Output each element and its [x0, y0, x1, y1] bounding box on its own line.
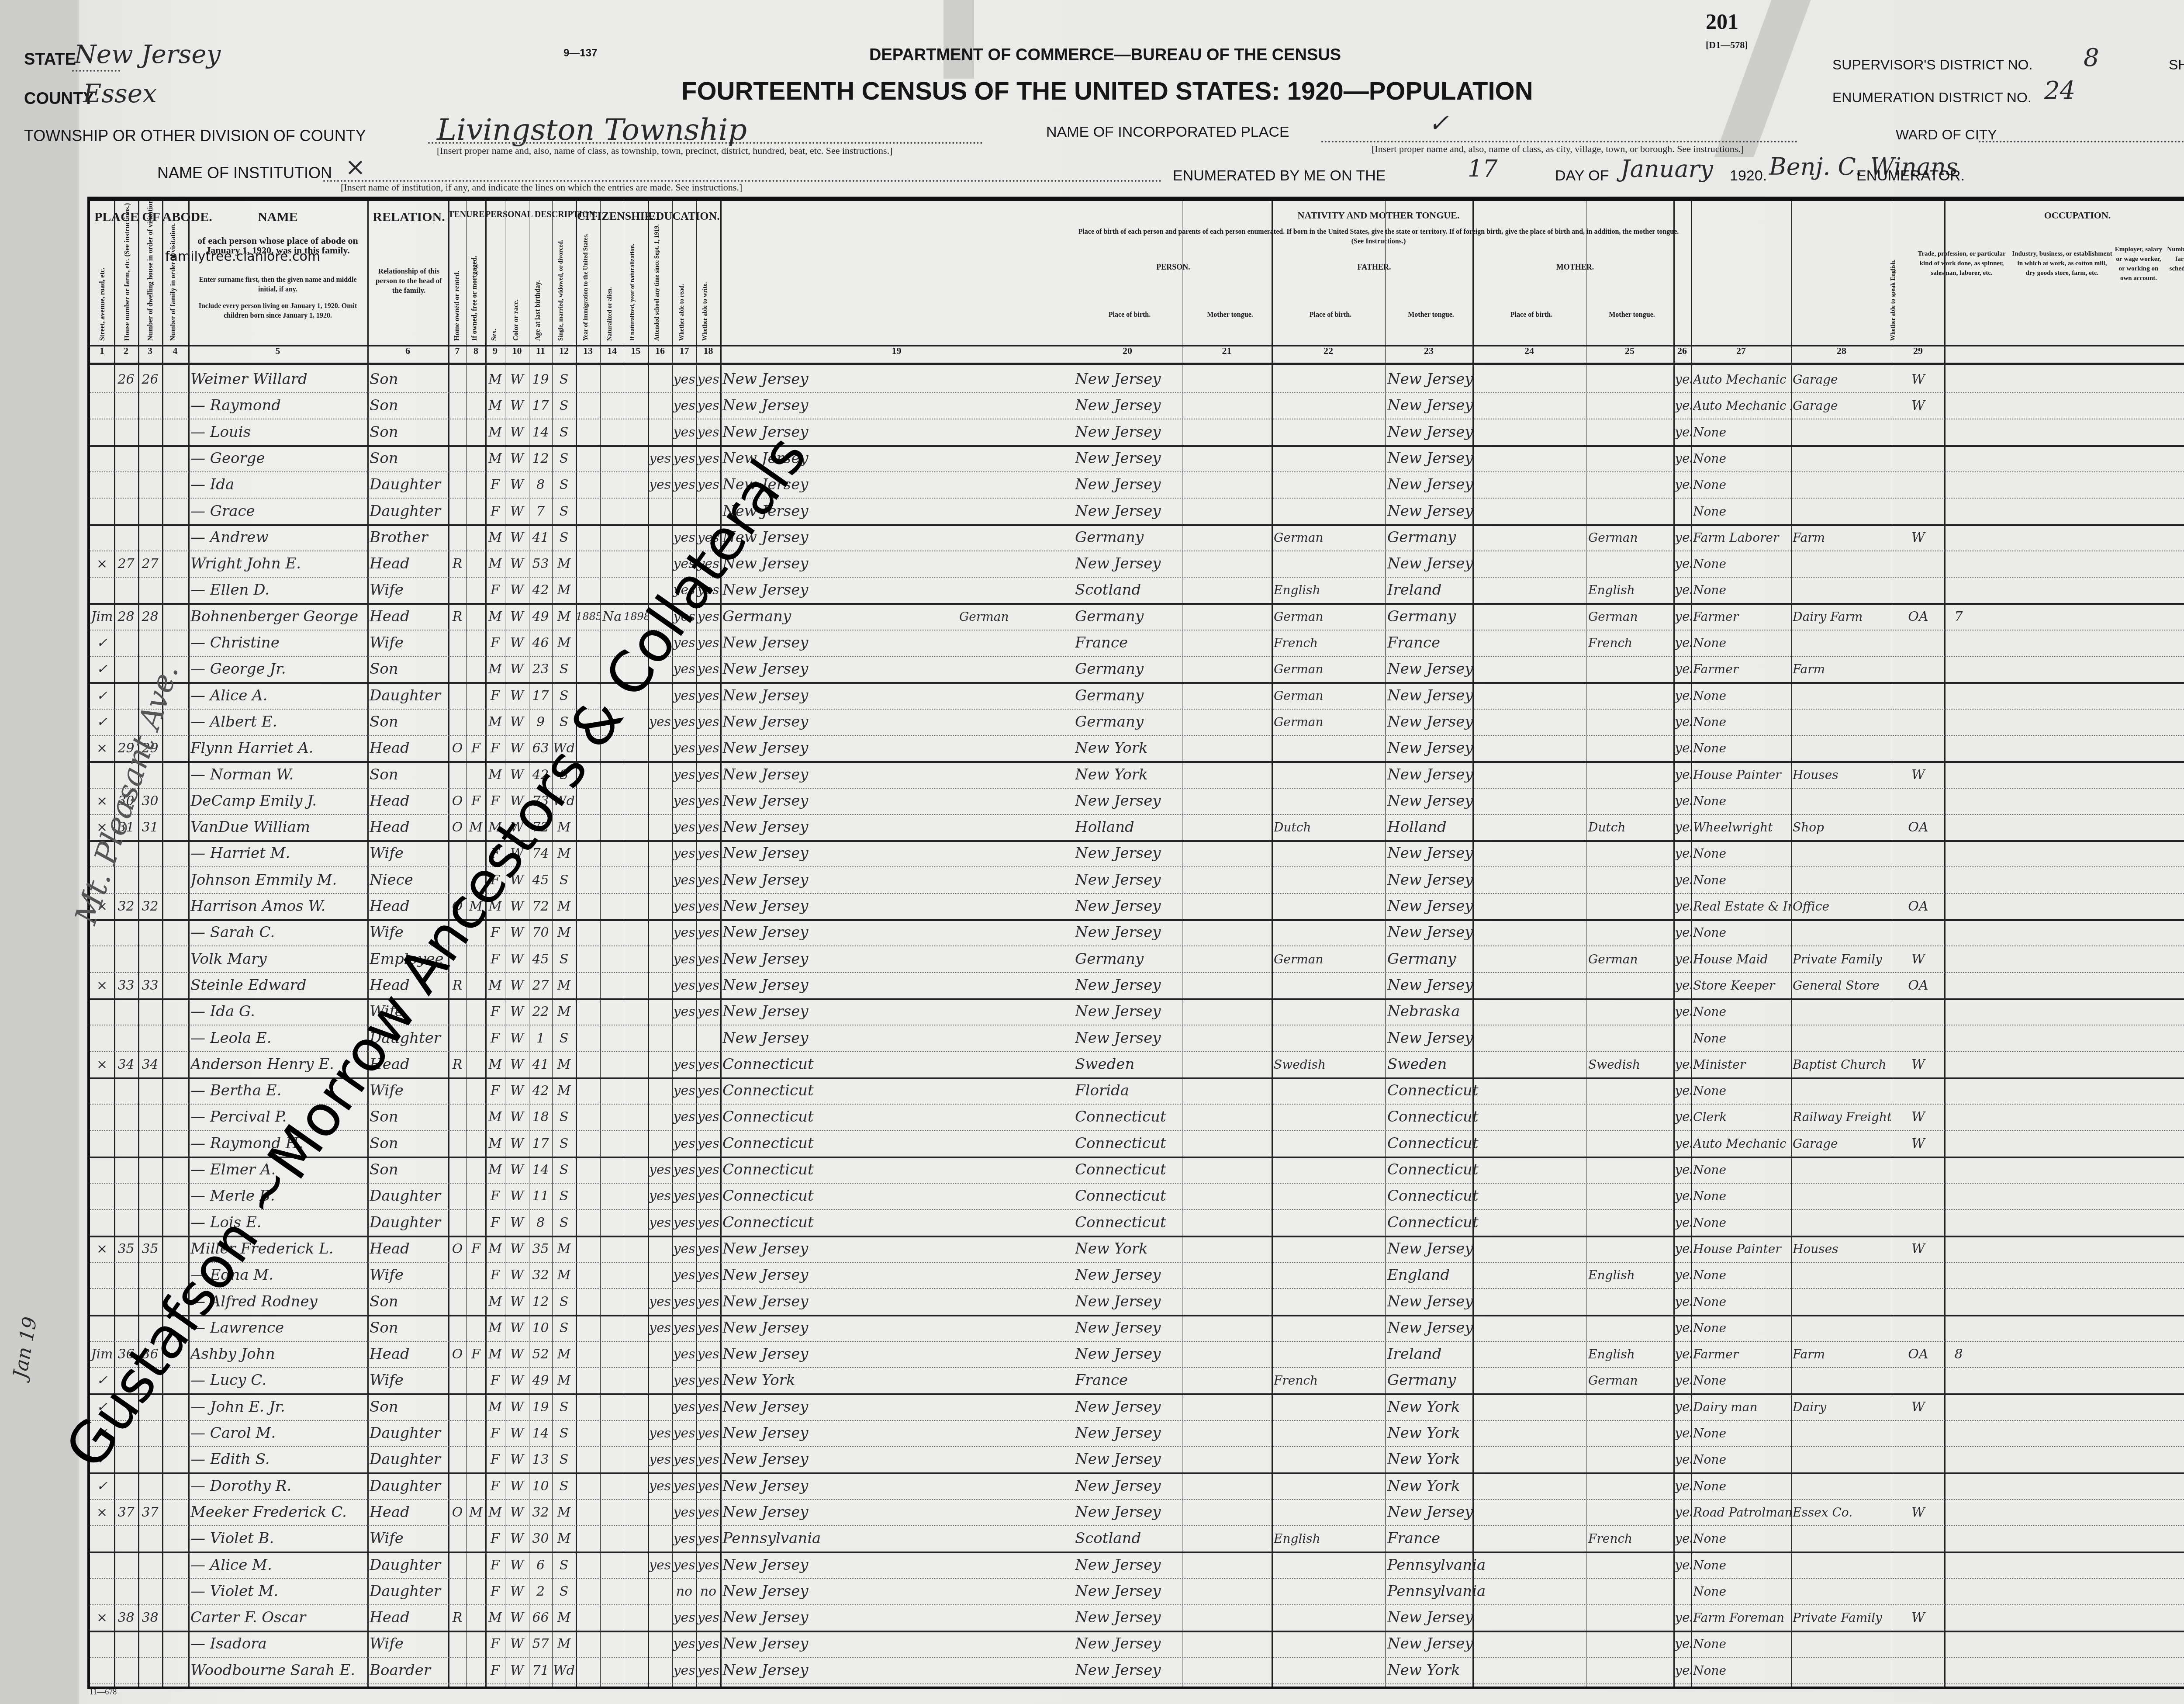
street-mark: [90, 1104, 114, 1130]
naturalized: [600, 1051, 624, 1078]
race: W: [505, 709, 529, 735]
table-row: ✓— Dorothy R.DaughterFW10SyesyesyesNew J…: [90, 1473, 2184, 1500]
farm-schedule: [1946, 682, 1972, 709]
attended-school: yes: [648, 1315, 672, 1341]
census-page: STATE New Jersey COUNTY Essex TOWNSHIP O…: [0, 0, 2184, 1704]
naturalized: [600, 1157, 624, 1183]
can-write: yes: [696, 445, 720, 472]
marital-status: S: [552, 392, 576, 419]
employer-class: [1893, 1157, 1943, 1183]
can-write: yes: [696, 630, 720, 656]
immigration-year: [576, 471, 600, 498]
family-number: [138, 1578, 162, 1605]
dwelling-number: [114, 1525, 138, 1552]
immigration-year: [576, 919, 600, 946]
family-number: [138, 1525, 162, 1552]
age: 17: [529, 392, 552, 419]
industry: [1793, 1209, 1891, 1236]
farm-schedule: [1946, 788, 1972, 814]
family-number: [138, 1130, 162, 1157]
race: W: [505, 445, 529, 472]
marital-status: M: [552, 1077, 576, 1104]
occupation: None: [1693, 1578, 1791, 1605]
birthplace: New Jersey: [722, 682, 958, 709]
person-name: — George Jr.: [190, 656, 367, 682]
birthplace: New Jersey: [722, 998, 958, 1025]
occupation: None: [1693, 919, 1791, 946]
dwelling-number: 34: [114, 1051, 138, 1078]
mother-tongue: [959, 1420, 1073, 1447]
person-name: Carter F. Oscar: [190, 1604, 367, 1631]
birthplace: New Jersey: [722, 551, 958, 577]
immigration-year: [576, 1025, 600, 1052]
farm-schedule: [1946, 735, 1972, 762]
sex: M: [485, 603, 505, 630]
census-title: FOURTEENTH CENSUS OF THE UNITED STATES: …: [681, 76, 1533, 106]
mother-header: MOTHER.: [1475, 262, 1676, 272]
mother-mother-tongue: [1588, 998, 1673, 1025]
enumeration-label: ENUMERATION DISTRICT NO.: [1832, 90, 2032, 106]
home-tenure: [448, 419, 467, 446]
immigration-year: [576, 1578, 600, 1605]
mother-birthplace: New Jersey: [1387, 656, 1584, 682]
attended-school: [648, 735, 672, 762]
relation: Son: [370, 1130, 448, 1157]
home-tenure: [448, 656, 467, 682]
marital-status: M: [552, 1631, 576, 1657]
home-tenure: [448, 1631, 467, 1657]
institution-label: NAME OF INSTITUTION: [157, 164, 332, 182]
sex: M: [485, 419, 505, 446]
father-mother-tongue: French: [1274, 630, 1385, 656]
naturalization-year: [624, 1420, 648, 1447]
mother-mother-tongue: [1588, 1499, 1673, 1526]
immigration-year: [576, 1604, 600, 1631]
father-birthplace: New York: [1075, 1236, 1272, 1262]
naturalization-year: [624, 1367, 648, 1394]
sex: M: [485, 762, 505, 788]
family-number: 37: [138, 1499, 162, 1526]
table-row: ✓— Alice A.DaughterFW17SyesyesNew Jersey…: [90, 682, 2184, 709]
street-mark: [90, 1525, 114, 1552]
mother-mother-tongue: [1588, 1604, 1673, 1631]
family-number: [138, 1262, 162, 1288]
mother-birthplace: Pennsylvania: [1387, 1578, 1584, 1605]
industry: [1793, 1473, 1891, 1500]
naturalized: [600, 946, 624, 973]
occupation: None: [1693, 551, 1791, 577]
home-tenure: O: [448, 1499, 467, 1526]
race: W: [505, 1657, 529, 1684]
mother-mother-tongue: [1588, 445, 1673, 472]
sex: M: [485, 1051, 505, 1078]
column-number: 16: [648, 345, 672, 363]
mother-tongue: [959, 1157, 1073, 1183]
birthplace: New Jersey: [722, 1631, 958, 1657]
mother-birthplace: New Jersey: [1387, 392, 1584, 419]
can-read: yes: [672, 946, 696, 973]
birthplace: New Jersey: [722, 1341, 958, 1368]
can-write: yes: [696, 1236, 720, 1262]
naturalization-year: [624, 998, 648, 1025]
street-mark: ✓: [90, 682, 114, 709]
mother-tongue: [959, 1446, 1073, 1473]
sex: F: [485, 1025, 505, 1052]
relation: Head: [370, 1341, 448, 1368]
table-row: — Violet M.DaughterFW2SnonoNew JerseyNew…: [90, 1578, 2184, 1605]
mother-tongue: [959, 1394, 1073, 1420]
naturalized: [600, 1077, 624, 1104]
family-number: [138, 1552, 162, 1579]
table-row: ×3232Harrison Amos W.HeadOMMW72MyesyesNe…: [90, 893, 2184, 920]
relation: Son: [370, 419, 448, 446]
relation: Son: [370, 709, 448, 735]
dwelling-number: [114, 445, 138, 472]
dwelling-number: 33: [114, 972, 138, 999]
father-mother-tongue: [1274, 366, 1385, 393]
family-number: [138, 1183, 162, 1209]
industry: [1793, 1420, 1891, 1447]
relation: Wife: [370, 630, 448, 656]
mother-mother-tongue: [1588, 867, 1673, 894]
employer-class: W: [1893, 1236, 1943, 1262]
home-tenure: [448, 709, 467, 735]
sex: F: [485, 1446, 505, 1473]
farm-schedule: [1946, 1077, 1972, 1104]
mother-pob-header: Place of birth.: [1475, 310, 1588, 320]
person-name: Bohnenberger George: [190, 603, 367, 630]
mortgage: [467, 1315, 485, 1341]
can-write: yes: [696, 1420, 720, 1447]
mother-birthplace: New York: [1387, 1446, 1584, 1473]
father-birthplace: New Jersey: [1075, 972, 1272, 999]
farm-schedule: [1946, 709, 1972, 735]
person-name: Volk Mary: [190, 946, 367, 973]
can-read: yes: [672, 1209, 696, 1236]
column-number: 2: [114, 345, 138, 363]
father-birthplace: New Jersey: [1075, 893, 1272, 920]
naturalization-year: [624, 498, 648, 525]
sex: F: [485, 577, 505, 603]
table-row: ×2929Flynn Harriet A.HeadOFFW63WdyesyesN…: [90, 735, 2184, 762]
speaks-english: [1675, 1025, 1691, 1052]
can-write: yes: [696, 1262, 720, 1288]
occupation: Farmer: [1693, 1341, 1791, 1368]
mother-tongue: [959, 1473, 1073, 1500]
race: W: [505, 630, 529, 656]
can-write: yes: [696, 1525, 720, 1552]
father-mother-tongue: German: [1274, 603, 1385, 630]
immigration-year: [576, 1288, 600, 1315]
father-birthplace: New Jersey: [1075, 1420, 1272, 1447]
industry: Dairy: [1793, 1394, 1891, 1420]
mother-mother-tongue: English: [1588, 577, 1673, 603]
birthplace: New Jersey: [722, 1446, 958, 1473]
naturalization-year: [624, 1578, 648, 1605]
mortgaged-header: If owned, free or mortgaged.: [470, 240, 480, 341]
mortgage: [467, 1446, 485, 1473]
naturalization-year: [624, 1209, 648, 1236]
family-number: 38: [138, 1604, 162, 1631]
occupation: None: [1693, 867, 1791, 894]
can-read: yes: [672, 840, 696, 867]
relation: Daughter: [370, 682, 448, 709]
mother-mother-tongue: [1588, 392, 1673, 419]
table-row: — GraceDaughterFW7SNew JerseyNew JerseyN…: [90, 498, 2184, 525]
employer-class: OA: [1893, 972, 1943, 999]
industry: Shop: [1793, 814, 1891, 841]
home-tenure: [448, 1315, 467, 1341]
mother-mother-tongue: [1588, 1077, 1673, 1104]
naturalization-year: [624, 1341, 648, 1368]
mother-tongue: [959, 577, 1073, 603]
attended-school: [648, 762, 672, 788]
nativity-desc: Place of birth of each person and parent…: [1077, 227, 1680, 246]
can-write: yes: [696, 682, 720, 709]
naturalized: [600, 524, 624, 551]
mortgage: [467, 656, 485, 682]
sex: F: [485, 1578, 505, 1605]
speaks-english: yes: [1675, 1446, 1691, 1473]
relation: Son: [370, 366, 448, 393]
father-mother-tongue: [1274, 893, 1385, 920]
employer-class: [1893, 498, 1943, 525]
race: W: [505, 1420, 529, 1447]
street-mark: [90, 762, 114, 788]
mother-birthplace: New Jersey: [1387, 1236, 1584, 1262]
race: W: [505, 946, 529, 973]
occupation: House Maid: [1693, 946, 1791, 973]
can-read: yes: [672, 1473, 696, 1500]
occupation: None: [1693, 1183, 1791, 1209]
table-row: — Alfred RodneySonMW12SyesyesyesNew Jers…: [90, 1288, 2184, 1315]
mortgage: [467, 1077, 485, 1104]
mother-mother-tongue: [1588, 1578, 1673, 1605]
can-read: yes: [672, 1420, 696, 1447]
supervisor-value: 8: [2084, 44, 2099, 72]
mother-tongue: [959, 1288, 1073, 1315]
can-read: yes: [672, 972, 696, 999]
marital-status: S: [552, 1473, 576, 1500]
occ-industry-header: Industry, business, or establishment in …: [2012, 249, 2112, 278]
mother-mother-tongue: [1588, 1288, 1673, 1315]
naturalized: [600, 1578, 624, 1605]
speaks-english: yes: [1675, 762, 1691, 788]
speaks-english: yes: [1675, 1130, 1691, 1157]
father-birthplace: New Jersey: [1075, 498, 1272, 525]
father-mother-tongue: English: [1274, 1525, 1385, 1552]
naturalization-year: [624, 814, 648, 841]
township-dotline: [428, 142, 983, 144]
attended-school: [648, 1394, 672, 1420]
mortgage: [467, 366, 485, 393]
dwelling-number: [114, 1209, 138, 1236]
home-tenure: O: [448, 814, 467, 841]
age: 11: [529, 1183, 552, 1209]
home-tenure: [448, 1473, 467, 1500]
immigration-year: [576, 893, 600, 920]
mother-birthplace: New York: [1387, 1473, 1584, 1500]
age: 19: [529, 1394, 552, 1420]
father-birthplace: France: [1075, 630, 1272, 656]
age: 41: [529, 524, 552, 551]
marital-status: M: [552, 1499, 576, 1526]
person-name: Flynn Harriet A.: [190, 735, 367, 762]
mortgage: [467, 392, 485, 419]
farm-schedule: [1946, 1578, 1972, 1605]
marital-status: S: [552, 946, 576, 973]
marital-status: M: [552, 972, 576, 999]
race: W: [505, 1394, 529, 1420]
table-row: — IsadoraWifeFW57MyesyesNew JerseyNew Je…: [90, 1631, 2184, 1657]
family-number: [138, 1473, 162, 1500]
mortgage: [467, 577, 485, 603]
marital-status: S: [552, 471, 576, 498]
dwelling-number: [114, 1077, 138, 1104]
race: W: [505, 1604, 529, 1631]
can-write: yes: [696, 1288, 720, 1315]
department-title: DEPARTMENT OF COMMERCE—BUREAU OF THE CEN…: [869, 46, 1341, 65]
birthplace: New Jersey: [722, 946, 958, 973]
column-number: 27: [1691, 345, 1791, 363]
occupation: None: [1693, 709, 1791, 735]
father-mother-tongue: [1274, 972, 1385, 999]
birthplace: New Jersey: [722, 867, 958, 894]
home-tenure: [448, 630, 467, 656]
attended-school: [648, 1262, 672, 1288]
birthplace: New Jersey: [722, 1025, 958, 1052]
street-mark: [90, 998, 114, 1025]
age: 12: [529, 1288, 552, 1315]
age: 23: [529, 656, 552, 682]
table-row: ×3535Miller Frederick L.HeadOFMW35Myesye…: [90, 1236, 2184, 1262]
mother-mother-tongue: Dutch: [1588, 814, 1673, 841]
father-mother-tongue: [1274, 1473, 1385, 1500]
naturalization-year: [624, 1157, 648, 1183]
naturalization-year: [624, 551, 648, 577]
farm-schedule: [1946, 524, 1972, 551]
can-read: yes: [672, 1262, 696, 1288]
naturalized: [600, 1288, 624, 1315]
person-name: — Albert E.: [190, 709, 367, 735]
naturalized: [600, 1420, 624, 1447]
industry: Houses: [1793, 1236, 1891, 1262]
speaks-english: yes: [1675, 1604, 1691, 1631]
employer-class: [1893, 735, 1943, 762]
father-mother-tongue: [1274, 735, 1385, 762]
mother-mother-tongue: German: [1588, 603, 1673, 630]
industry: Houses: [1793, 762, 1891, 788]
sex: F: [485, 1473, 505, 1500]
mother-tongue: [959, 788, 1073, 814]
mortgage: [467, 1051, 485, 1078]
street-mark: [90, 1657, 114, 1684]
mother-tongue: [959, 656, 1073, 682]
relation: Daughter: [370, 1446, 448, 1473]
mortgage: [467, 1157, 485, 1183]
column-number: 25: [1586, 345, 1673, 363]
birthplace: New Jersey: [722, 656, 958, 682]
street-mark: [90, 524, 114, 551]
father-mother-tongue: [1274, 392, 1385, 419]
mother-mother-tongue: [1588, 682, 1673, 709]
can-read: yes: [672, 1104, 696, 1130]
industry: Office: [1793, 893, 1891, 920]
can-read: yes: [672, 998, 696, 1025]
relation: Daughter: [370, 471, 448, 498]
age: 1: [529, 1025, 552, 1052]
can-write: yes: [696, 972, 720, 999]
father-mother-tongue: [1274, 1077, 1385, 1104]
age: 41: [529, 1051, 552, 1078]
mother-birthplace: Connecticut: [1387, 1157, 1584, 1183]
naturalized: [600, 867, 624, 894]
race: W: [505, 1051, 529, 1078]
father-birthplace: New Jersey: [1075, 1631, 1272, 1657]
table-row: Woodbourne Sarah E.BoarderFW71WdyesyesNe…: [90, 1657, 2184, 1684]
mother-birthplace: Pennsylvania: [1387, 1552, 1584, 1579]
sex: M: [485, 524, 505, 551]
naturalized: [600, 1209, 624, 1236]
naturalization-year: [624, 893, 648, 920]
sex: F: [485, 1262, 505, 1288]
table-row: Jim3636Ashby JohnHeadOFMW52MyesyesNew Je…: [90, 1341, 2184, 1368]
mother-mother-tongue: French: [1588, 1525, 1673, 1552]
street-mark: [90, 1631, 114, 1657]
mortgage: F: [467, 1236, 485, 1262]
birthplace: New Jersey: [722, 919, 958, 946]
attended-school: [648, 1657, 672, 1684]
naturalization-year: [624, 392, 648, 419]
attended-school: [648, 998, 672, 1025]
home-tenure: [448, 1262, 467, 1288]
attended-school: yes: [648, 1446, 672, 1473]
naturalized-header: Naturalized or alien.: [605, 240, 615, 341]
farm-schedule: [1946, 998, 1972, 1025]
home-tenure: O: [448, 1341, 467, 1368]
relation: Boarder: [370, 1657, 448, 1684]
occupation: Farm Foreman: [1693, 1604, 1791, 1631]
attended-school: [648, 1604, 672, 1631]
family-number: [138, 524, 162, 551]
father-birthplace: Connecticut: [1075, 1104, 1272, 1130]
industry: [1793, 1183, 1891, 1209]
person-name: — John E. Jr.: [190, 1394, 367, 1420]
mortgage: [467, 1262, 485, 1288]
employer-class: [1893, 1473, 1943, 1500]
mother-birthplace: England: [1387, 1262, 1584, 1288]
employer-class: [1893, 1025, 1943, 1052]
mother-mother-tongue: [1588, 498, 1673, 525]
attended-school: [648, 498, 672, 525]
home-tenure: [448, 762, 467, 788]
person-name: — George: [190, 445, 367, 472]
speaks-english: yes: [1675, 524, 1691, 551]
immigration-year: [576, 630, 600, 656]
birthplace: New Jersey: [722, 1604, 958, 1631]
table-row: — Harriet M.WifeFW74MyesyesNew JerseyNew…: [90, 840, 2184, 867]
mother-birthplace: France: [1387, 1525, 1584, 1552]
speaks-english: yes: [1675, 1157, 1691, 1183]
can-write: yes: [696, 366, 720, 393]
father-mother-tongue: [1274, 1394, 1385, 1420]
mortgage: [467, 471, 485, 498]
immigration-year: [576, 946, 600, 973]
occupation: None: [1693, 1631, 1791, 1657]
column-number: 17: [672, 345, 696, 363]
occupation: None: [1693, 1552, 1791, 1579]
street-mark: ×: [90, 551, 114, 577]
